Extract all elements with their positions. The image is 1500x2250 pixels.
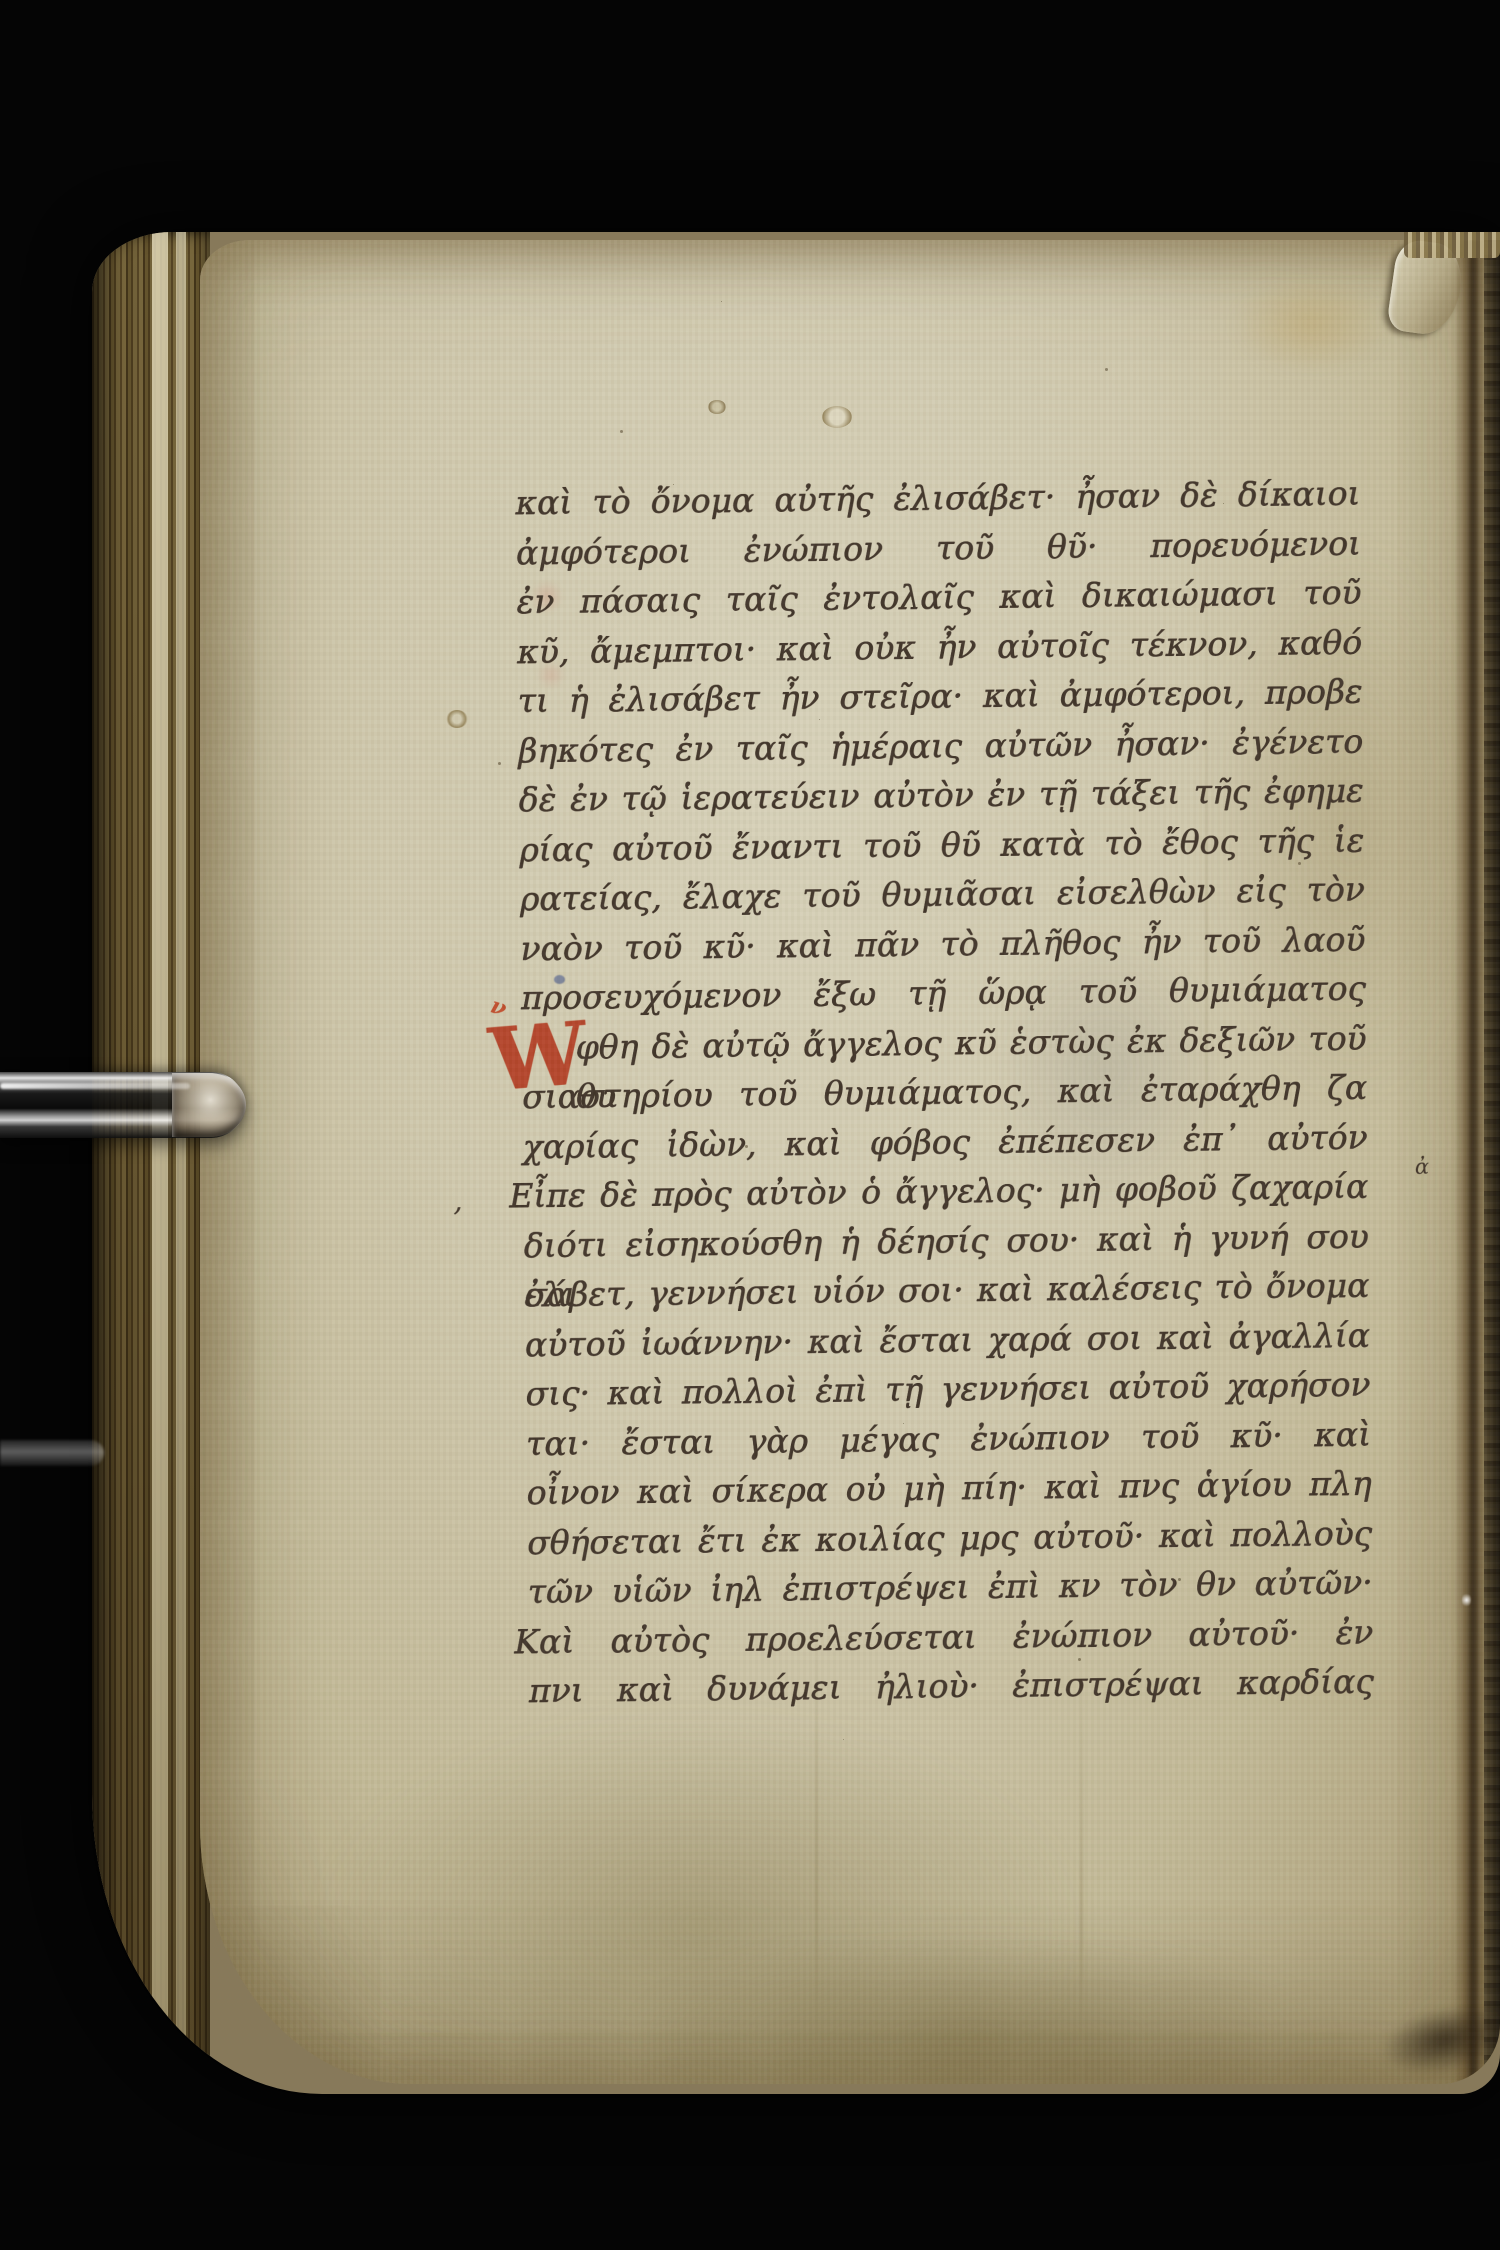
text-line: πνι καὶ δυνάμει ἠλιοὺ· ἐπιστρέψαι καρδία… [528,1656,1374,1715]
manuscript-text-block: καὶ τὸ ὄνομα αὐτῆς ἐλισάβετ· ἦσαν δὲ δίκ… [515,468,1374,1715]
underlying-leaf-edge [1484,240,1500,2084]
leaf-edge-stripe [176,232,186,2094]
book-edge-top-right [1404,232,1500,258]
parchment-stain [310,1710,1090,2084]
text-line: σις· καὶ πολλοὶ ἐπὶ τῇ γεννήσει αὐτοῦ χα… [525,1359,1371,1418]
text-line: Εἶπε δὲ πρὸς αὐτὸν ὁ ἄγγελος· μὴ φοβοῦ ζ… [509,1161,1369,1220]
text-line: ρατείας, ἔλαχε τοῦ θυμιᾶσαι εἰσελθὼν εἰς… [519,864,1365,923]
parchment-page: καὶ τὸ ὄνομα αὐτῆς ἐλισάβετ· ἦσαν δὲ δίκ… [200,240,1500,2084]
text-line: δὲ ἐν τῷ ἱερατεύειν αὐτὸν ἐν τῇ τάξει τῆ… [518,765,1364,824]
leaf-edge-stripe [152,232,168,2094]
parchment-flaw [446,710,468,728]
glass-clamp-rod [0,1072,245,1138]
parchment-specks [200,240,203,243]
glass-clamp-rod-secondary [0,1440,104,1466]
text-line: οἶνον καὶ σίκερα οὐ μὴ πίη· καὶ πνς ἁγίο… [526,1458,1372,1517]
rubric-initial-omega: W [486,1016,562,1101]
parchment-flaw [822,406,852,428]
manuscript-book: καὶ τὸ ὄνομα αὐτῆς ἐλισάβετ· ἦσαν δὲ δίκ… [92,232,1500,2094]
margin-comma: , [453,1191,463,1213]
manuscript-photograph: καὶ τὸ ὄνομα αὐτῆς ἐλισάβετ· ἦσαν δὲ δίκ… [0,0,1500,2250]
parchment-crease [1080,1670,1083,2084]
text-line: τῶν υἱῶν ἰηλ ἐπιστρέψει ἐπὶ κν τὸν θν αὐ… [527,1557,1373,1616]
text-line: σάβετ, γεννήσει υἱόν σοι· καὶ καλέσεις τ… [524,1260,1370,1319]
text-line: καὶ τὸ ὄνομα αὐτῆς ἐλισάβετ· ἦσαν δὲ δίκ… [515,468,1361,527]
parchment-flaw [708,400,726,414]
parchment-stain [1230,274,1390,374]
text-line: ἐν πάσαις ταῖς ἐντολαῖς καὶ δικαιώμασι τ… [516,567,1362,626]
text-line: σιαστηρίου τοῦ θυμιάματος, καὶ ἐταράχθη … [522,1062,1368,1121]
text-line: τι ἡ ἐλισάβετ ἦν στεῖρα· καὶ ἀμφότεροι, … [517,666,1363,725]
specular-glint [1462,1592,1471,1608]
text-line-with-initial: Wφθη δὲ αὐτῷ ἄγγελος κῦ ἑστὼς ἐκ δεξιῶν … [521,1013,1367,1072]
gutter-groove [1454,240,1486,2084]
book-fore-edge-leaves [92,232,210,2094]
parchment-stain [620,1930,1340,2084]
marginal-correction: ἀ [1415,1156,1429,1178]
